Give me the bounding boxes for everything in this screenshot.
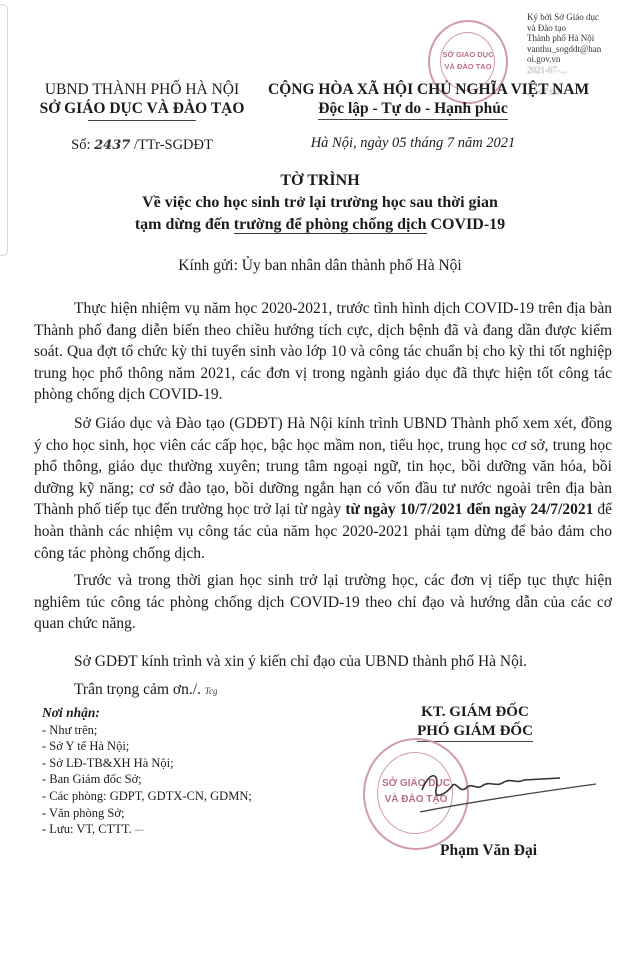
signer-title-1: KT. GIÁM ĐỐC (390, 703, 560, 722)
paragraph-3: Trước và trong thời gian học sinh trở lạ… (34, 570, 612, 635)
document-title-block: TỜ TRÌNH Về việc cho học sinh trở lại tr… (0, 170, 640, 236)
closing-block: Sở GDĐT kính trình và xin ý kiến chỉ đạo… (74, 648, 527, 705)
recipient-item: - Các phòng: GDPT, GDTX-CN, GDMN; (42, 788, 252, 805)
subject-post: COVID-19 (427, 216, 506, 233)
recipients-list: Nơi nhận: - Như trên; - Sở Y tế Hà Nội; … (42, 705, 252, 840)
national-motto: Độc lập - Tự do - Hạnh phúc (318, 99, 507, 120)
national-title: CỘNG HÒA XÃ HỘI CHỦ NGHĨA VIỆT NAM (268, 80, 558, 99)
header-issuer: UBND THÀNH PHỐ HÀ NỘI SỞ GIÁO DỤC VÀ ĐÀO… (28, 80, 256, 154)
p2-dates: từ ngày 10/7/2021 đến ngày 24/7/2021 (345, 501, 593, 518)
initials-mark: Tcg (205, 686, 218, 696)
initials-mark: ~~ (135, 826, 144, 835)
signer-titles: KT. GIÁM ĐỐC PHÓ GIÁM ĐỐC (390, 703, 560, 742)
esign-line: vanthu_sogddt@han (527, 44, 639, 55)
issuer-authority: UBND THÀNH PHỐ HÀ NỘI (28, 80, 256, 99)
handwritten-signature-icon (400, 760, 600, 840)
recipient-item: - Sở LĐ-TB&XH Hà Nội; (42, 755, 252, 772)
issuer-underline (88, 120, 196, 121)
subject-line-1: Về việc cho học sinh trở lại trường học … (0, 192, 640, 214)
recipient-item: - Sở Y tế Hà Nội; (42, 738, 252, 755)
subject-underlined: trường để phòng chống dịch (234, 216, 427, 234)
issuer-department: SỞ GIÁO DỤC VÀ ĐÀO TẠO (28, 99, 256, 118)
recipient-item: - Văn phòng Sở; (42, 805, 252, 822)
recipient-item: - Như trên; (42, 722, 252, 739)
number-prefix: Số: (71, 137, 94, 153)
paragraph-1: Thực hiện nhiệm vụ năm học 2020-2021, tr… (34, 298, 612, 406)
recipient-item: - Lưu: VT, CTTT. ~~ (42, 821, 252, 840)
closing-thanks: Trân trọng cảm ơn./. Tcg (74, 676, 527, 705)
greeting: Kính gửi: Ủy ban nhân dân thành phố Hà N… (0, 257, 640, 275)
subject-line-2: tạm dừng đến trường để phòng chống dịch … (0, 214, 640, 236)
recipient-item-text: - Lưu: VT, CTTT. (42, 822, 132, 836)
number-handwritten: 2437 (94, 138, 130, 153)
paragraph-2: Sở Giáo dục và Đào tạo (GDĐT) Hà Nội kín… (34, 413, 612, 564)
signer-title-2: PHÓ GIÁM ĐỐC (417, 722, 533, 742)
esign-line: oi.gov.vn (527, 54, 639, 65)
number-suffix: /TTr-SGDĐT (130, 137, 213, 153)
subject-pre: tạm dừng đến (135, 216, 234, 233)
document-date: Hà Nội, ngày 05 tháng 7 năm 2021 (268, 135, 558, 152)
paragraph-4: Sở GDĐT kính trình và xin ý kiến chỉ đạo… (74, 648, 527, 676)
closing-text: Trân trọng cảm ơn./. (74, 681, 201, 698)
esign-line-blurred: 2021-07-... (527, 65, 639, 76)
header-national: CỘNG HÒA XÃ HỘI CHỦ NGHĨA VIỆT NAM Độc l… (268, 80, 558, 152)
document-body: Thực hiện nhiệm vụ năm học 2020-2021, tr… (34, 298, 612, 641)
recipients-heading: Nơi nhận: (42, 705, 252, 722)
esign-line: Ký bởi Sở Giáo dục (527, 12, 639, 23)
stamp-text: SỞ GIÁO DỤC (430, 50, 506, 59)
signer-name: Phạm Văn Đại (440, 842, 537, 860)
esign-line: và Đào tạo (527, 23, 639, 34)
stamp-text: VÀ ĐÀO TẠO (430, 62, 506, 71)
recipient-item: - Ban Giám đốc Sở; (42, 771, 252, 788)
document-number: Số: 2437 /TTr-SGDĐT (28, 137, 256, 154)
esign-line: Thành phố Hà Nội (527, 33, 639, 44)
document-type: TỜ TRÌNH (0, 170, 640, 192)
